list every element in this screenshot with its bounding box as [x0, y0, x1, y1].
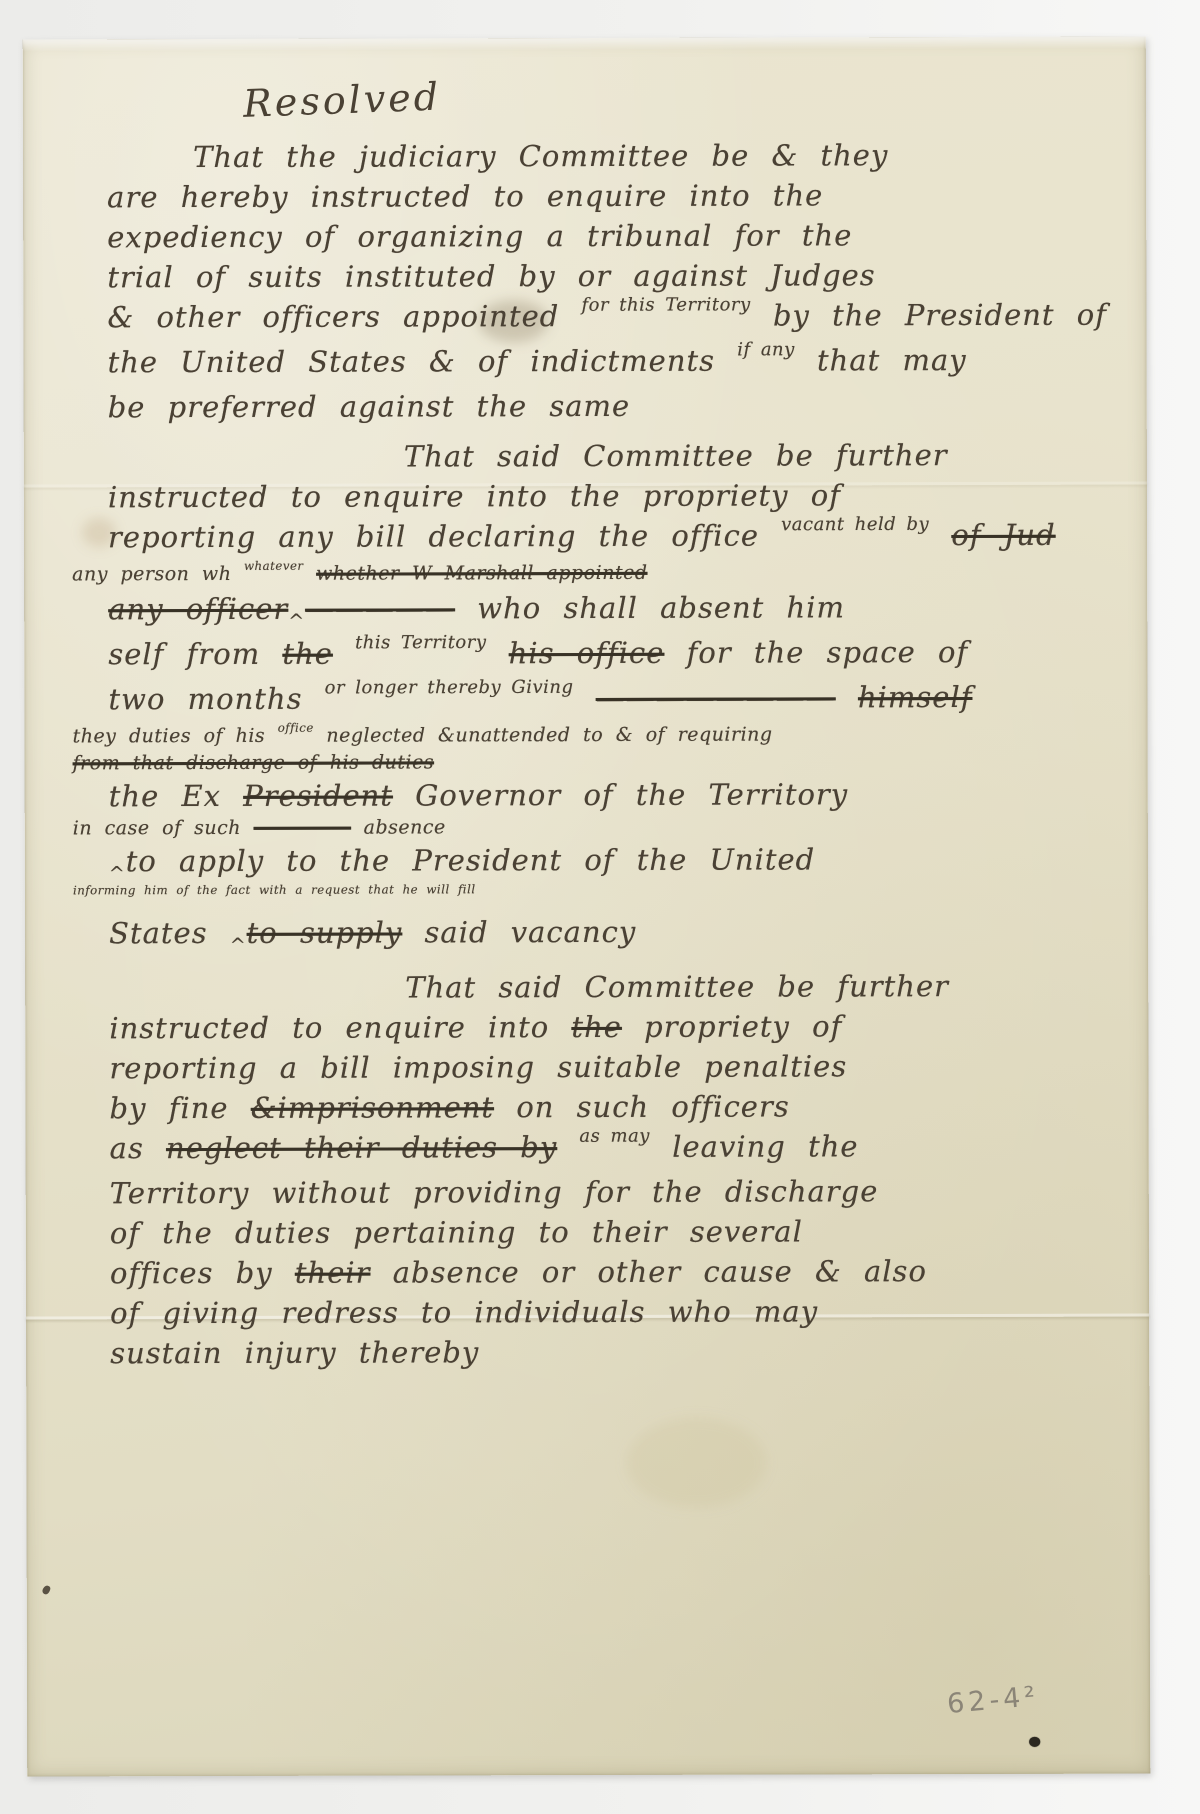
- text-segment: That said Committee be further: [404, 438, 948, 473]
- manuscript-body: That the judiciary Committee be & theyar…: [65, 135, 1108, 1384]
- text-segment: the Ex: [109, 779, 244, 813]
- insertion-segment: this Territory: [355, 623, 487, 663]
- text-segment: instructed to enquire into: [109, 1010, 571, 1045]
- strikethrough-segment: —————: [305, 591, 455, 625]
- text-segment: sustain injury thereby: [110, 1335, 479, 1370]
- insertion-segment: vacant held by: [781, 505, 929, 545]
- manuscript-line: That the judiciary Committee be & they: [193, 135, 1105, 177]
- manuscript-line: two months or longer thereby Giving ————…: [108, 677, 1106, 725]
- strikethrough-segment: —————: [254, 817, 352, 839]
- manuscript-line: of the duties pertaining to their severa…: [110, 1211, 1108, 1254]
- insertion-segment: informing him of the fact with a request…: [73, 877, 476, 903]
- strikethrough-segment: to supply: [247, 915, 403, 949]
- text-segment: reporting a bill imposing suitable penal…: [109, 1049, 847, 1085]
- manuscript-line: instructed to enquire into the propriety…: [109, 1006, 1107, 1049]
- text-segment: States: [109, 916, 230, 950]
- strikethrough-segment: ————————: [596, 680, 836, 715]
- manuscript-line: any officer ^ ————— who shall absent him: [108, 587, 1106, 635]
- strikethrough-segment: himself: [858, 680, 973, 714]
- text-segment: Governor of the Territory: [393, 777, 848, 812]
- text-segment: [333, 637, 355, 671]
- insertion-segment: as may: [579, 1117, 650, 1157]
- ink-dot: [1029, 1737, 1040, 1747]
- edge-fleck: [41, 1584, 51, 1595]
- text-segment: that may: [795, 343, 967, 377]
- text-segment: [836, 680, 858, 714]
- text-segment: by fine: [109, 1091, 250, 1125]
- text-segment: & other officers appointed: [107, 299, 581, 334]
- text-segment: absence: [351, 816, 446, 838]
- text-segment: of the duties pertaining to their severa…: [110, 1214, 803, 1250]
- text-segment: said vacancy: [402, 915, 636, 950]
- caret-mark: ^: [288, 602, 305, 642]
- text-segment: in case of such: [73, 817, 254, 839]
- text-segment: the United States & of indictments: [108, 344, 738, 380]
- text-segment: propriety of: [622, 1009, 843, 1044]
- manuscript-line: expediency of organizing a tribunal for …: [107, 215, 1105, 258]
- manuscript-line: reporting a bill imposing suitable penal…: [109, 1046, 1107, 1089]
- strikethrough-segment: neglect their duties by: [166, 1130, 557, 1165]
- text-segment: are hereby instructed to enquire into th…: [107, 178, 823, 214]
- strikethrough-segment: their: [295, 1256, 371, 1290]
- manuscript-line: the United States & of indictments if an…: [108, 340, 1106, 388]
- insertion-segment: office: [278, 716, 314, 741]
- manuscript-line: they duties of his office neglected &una…: [73, 722, 1107, 752]
- strikethrough-segment: &imprisonment: [251, 1090, 494, 1125]
- text-segment: be preferred against the same: [108, 389, 631, 424]
- manuscript-line: instructed to enquire into the propriety…: [108, 475, 1106, 518]
- paper-deckle-edge: [23, 37, 1146, 52]
- manuscript-line: are hereby instructed to enquire into th…: [107, 175, 1105, 218]
- text-segment: [304, 563, 317, 585]
- insertion-segment: or longer thereby Giving: [325, 668, 574, 709]
- text-segment: two months: [108, 682, 324, 717]
- manuscript-line: self from the this Territory his office …: [108, 632, 1106, 680]
- text-segment: offices by: [110, 1256, 295, 1290]
- strikethrough-segment: the: [571, 1010, 622, 1044]
- text-segment: trial of suits instituted by or against …: [107, 258, 875, 294]
- strikethrough-segment: from that discharge of his duties: [73, 751, 434, 774]
- manuscript-line: States ^ to supply said vacancy: [109, 911, 1107, 959]
- text-segment: self from: [108, 637, 282, 671]
- text-segment: Territory without providing for the disc…: [110, 1174, 879, 1210]
- manuscript-line: sustain injury thereby: [110, 1331, 1108, 1374]
- paper-stain: [626, 1418, 766, 1508]
- manuscript-content: Resolved That the judiciary Committee be…: [65, 65, 1108, 1384]
- manuscript-line: That said Committee be further: [405, 966, 1107, 1008]
- text-segment: That said Committee be further: [405, 969, 949, 1004]
- text-segment: as: [110, 1131, 166, 1165]
- text-segment: reporting any bill declaring the office: [108, 518, 781, 554]
- strikethrough-segment: any officer: [108, 592, 288, 626]
- text-segment: neglected &unattended to & of requiring: [314, 724, 773, 747]
- manuscript-line: informing him of the fact with a request…: [73, 884, 1107, 914]
- archival-number: 62-4²: [946, 1681, 1041, 1720]
- text-segment: That the judiciary Committee be & they: [193, 138, 888, 174]
- manuscript-line: as neglect their duties by as may leavin…: [110, 1126, 1108, 1174]
- manuscript-line: be preferred against the same: [108, 385, 1106, 428]
- manuscript-page: Resolved That the judiciary Committee be…: [23, 37, 1151, 1777]
- strikethrough-segment: whether W Marshall appointed: [316, 562, 647, 585]
- insertion-segment: if any: [737, 330, 795, 370]
- text-segment: by the President of: [751, 298, 1107, 333]
- strikethrough-segment: his office: [509, 636, 665, 670]
- manuscript-line: Territory without providing for the disc…: [110, 1171, 1108, 1214]
- caret-mark: ^: [230, 926, 247, 966]
- strikethrough-segment: President: [243, 779, 393, 813]
- manuscript-line: offices by their absence or other cause …: [110, 1251, 1108, 1294]
- manuscript-line: from that discharge of his duties: [73, 749, 1107, 777]
- text-segment: leaving the: [650, 1129, 859, 1164]
- text-segment: [557, 1130, 579, 1164]
- text-segment: of giving redress to individuals who may: [110, 1294, 818, 1330]
- text-segment: expediency of organizing a tribunal for …: [107, 218, 852, 254]
- insertion-segment: whatever: [244, 554, 304, 579]
- text-segment: for the space of: [664, 635, 968, 670]
- text-segment: [929, 518, 951, 552]
- text-segment: absence or other cause & also: [370, 1254, 926, 1289]
- text-segment: they duties of his: [73, 725, 278, 748]
- text-segment: who shall absent him: [455, 590, 845, 625]
- resolved-heading: Resolved: [242, 50, 1105, 126]
- text-segment: [486, 636, 508, 670]
- manuscript-line: That said Committee be further: [404, 435, 1106, 477]
- text-segment: any person wh: [72, 563, 244, 585]
- scan-background: Resolved That the judiciary Committee be…: [0, 0, 1200, 1814]
- manuscript-line: the Ex President Governor of the Territo…: [109, 774, 1107, 817]
- insertion-segment: for this Territory: [581, 285, 750, 325]
- text-segment: to apply to the President of the United: [126, 842, 816, 878]
- text-segment: instructed to enquire into the propriety…: [108, 478, 841, 514]
- text-segment: [573, 681, 595, 715]
- manuscript-line: any person wh whatever whether W Marshal…: [72, 560, 1106, 590]
- strikethrough-segment: of Jud: [951, 518, 1055, 552]
- manuscript-line: in case of such ————— absence: [73, 814, 1107, 842]
- manuscript-line: & other officers appointed for this Terr…: [107, 295, 1105, 343]
- manuscript-line: of giving redress to individuals who may: [110, 1291, 1108, 1334]
